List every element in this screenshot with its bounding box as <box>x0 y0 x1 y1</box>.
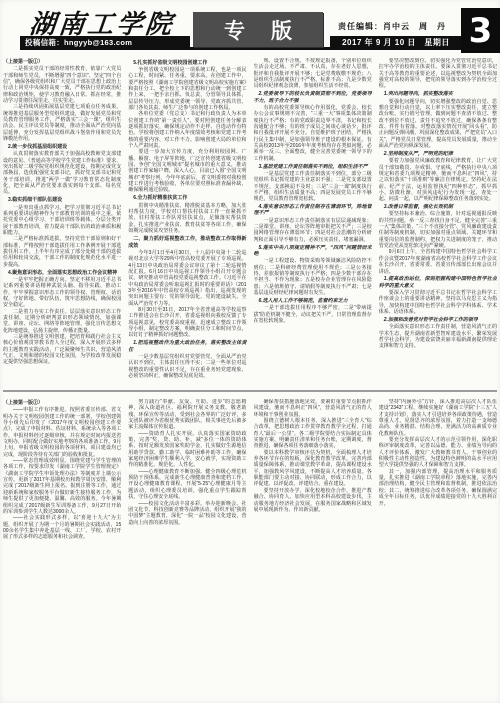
paragraph: 一是突出重点抓学习。把学习贯彻习近平总书记系列重要讲话精神作为干部教育培训的重中… <box>3 205 121 237</box>
section-heading: 二、聚力抓好巡视整改工作，推动整改工作取得新成效 <box>128 236 246 249</box>
paragraph: 要坚持标本兼治、综合施策，针对巡视通报反映的共性问题，举一反三查找自身不足，健全… <box>379 211 497 249</box>
paragraph: 要着力加强党风廉政教育和纪律教育，让广大党员干部知敬畏、存戒惧、守底线，严格执行… <box>379 158 497 202</box>
finding-heading: 2.坚持制度从严，严明党的纪律 <box>379 151 497 157</box>
paragraph: 一是意识形态工作责任制落实有层层递减现象；二是课堂、讲座、论坛等阵地审批把关不严… <box>254 218 372 243</box>
bottom-column-3: 确保帮扶措施落地见效。要紧盯重要节点狠抓作风建设，驰而不息纠正“四风”，营造风清… <box>254 399 372 699</box>
paragraph: ——心理健康教育不断加强。健全四级心理危机预防干预体系，完成新生心理健康普查和建… <box>128 469 246 501</box>
paragraph: 9月6日上午，全省构建中国特色哲学社会科学工作会议暨2017年度湖南省高校哲学社… <box>379 249 497 274</box>
paragraph: 努力践行“奉献、友爱、互助、进步”的志愿精神，深入街道社区、福利院开展义务支教、… <box>128 399 246 431</box>
paragraph: 三是统筹推进文明创建。把培育和践行社会主义核心价值观贯穿教书育人全过程，深入开展… <box>3 334 121 366</box>
paragraph: 一是牢牢把握正确方向。坚定不移用习近平总书记系列重要讲话精神武装头脑、指导实践、… <box>3 277 121 309</box>
paragraph: 一是基层党建工作责任制落实不到位，部分二级党组织书记抓党建的主业意识不强；二是党… <box>254 171 372 203</box>
paragraph: 二是抓实党员干部的经常性教育，依靠广大党员干部和师生党员，不断增强“四个意识”、… <box>3 66 121 104</box>
section-divider-rule <box>3 390 497 392</box>
paragraph: 要充分发挥高层次人才的示范引领作用，深化职称评审制度改革，完善以品德、能力、业绩… <box>379 437 497 469</box>
paragraph: ——资助育人扎实开展。认真落实国家资助政策，完善“奖、贷、助、补、减”多位一体的… <box>128 431 246 469</box>
edition-label: 专版 <box>193 12 323 47</box>
paragraph: 要坚决整改到位，切实强化为党管党治党意识，扛牢办学治校的主体责任。要深入贯彻习近… <box>379 58 497 90</box>
date-bar: 2017 年 9 月 10 日 星期日 <box>330 36 462 50</box>
paragraph: 争创省级文明校园是一项系统工程，也是一项民心工程，时间紧、任务重、要求高。在创建… <box>128 67 246 111</box>
paragraph: 一是干部选拔任用程序不够严密，二是“带病提拔”防范机制不健全，动议把关不严，日常… <box>254 305 372 324</box>
finding-heading: 1.突出问题导向，抓实整改落实 <box>379 91 497 97</box>
paragraph: 规、设置不合规、不按规定报备，个别单位组织生活会走过场、不严肃、不认真，存在老好… <box>254 58 372 90</box>
paragraph: 认真贯彻落实教育部关于加强高校教师党支部建设的意见、《普通高等学校学生党建工作标… <box>3 151 121 195</box>
paragraph: 要进一步加大宣传力度，充分利用校园网、广播、橱窗、电子屏等阵地，广泛宣传创建省级… <box>128 149 246 193</box>
newspaper-page: 湖南工学院 投稿信箱：hngyyb@163.com 专版 责任编辑：肖中云 周 … <box>0 0 500 703</box>
paragraph: 三是持续巩固拓展基层党建七项重点任务成果，统筹推进基层服务型党组织建设，做好发展… <box>3 104 121 142</box>
bottom-column-4: 坚持“内涵外引”方针，深入推进高层次人才队伍建设“2343”工程，继续实施好《湖… <box>379 399 497 699</box>
paragraph: 要以本科教学审核评估为契机，全面梳理人才培养各环节存在的短板，深化教育教学改革，… <box>254 450 372 488</box>
sub-heading: 4.聚焦意识形态，全面落实思想政治工作会议精神 <box>3 270 121 276</box>
paragraph: 二是严格标准抓选拔。坚持党管干部原则和好干部标准，严格按照干部选拔任用工作条例开… <box>3 236 121 268</box>
article-section-top: （上接第一版①）二是抓实党员干部的经常性教育，依靠广大党员干部和师生党员，不断增… <box>3 58 497 388</box>
paragraph: ——申报工作有序推进。按照省委宣传部、省文明办关于文明校园创建工作的统一部署，学… <box>3 407 121 458</box>
finding-heading: 1.把巡视整改作为重大政治任务，落实整改主体责任 <box>128 340 246 353</box>
paragraph: 全面落实意识形态工作责任制，营造风清气正的学术生态，提升湖南省新型智库建设水平，… <box>379 324 497 349</box>
article-section-bottom: （上接第一版②）——申报工作有序推进。按照省委宣传部、省文明办关于文明校园创建工… <box>3 399 497 699</box>
paragraph: 有的高校党委领导核心作用弱化，党委会、校长办公会议事规则不完善，“三重一大”事项… <box>254 105 372 162</box>
paragraph: 今年3月1日至4月30日，十八届中央第十二轮巡视对北京大学等29所中管高校党委开… <box>128 250 246 307</box>
top-column-4: 要坚决整改到位，切实强化为党管党治党意识，扛牢办学治校的主体责任。要深入贯彻习近… <box>379 58 497 388</box>
paragraph: 要强化问题导向，切实增强整改的政治自觉、思想自觉和行动自觉，以上率下压实整改责任… <box>379 99 497 150</box>
page-number-badge: 3 <box>461 8 500 53</box>
continuation-marker: （上接第一版②） <box>3 400 121 406</box>
paragraph: 贯彻中央精准扶贫、精准脱贫基本方略，加大驻村帮扶力度，学校对口帮扶村扶贫工作一直… <box>128 203 246 235</box>
paragraph: 确保帮扶措施落地见效。要紧盯重要节点狠抓作风建设，驰而不息纠正“四风”，营造风清… <box>254 399 372 418</box>
finding-heading: 4.落实意识形态工作责任制存在薄弱环节，阵地管理不严 <box>254 204 372 217</box>
paragraph: 各单位党委（党总支）书记和行政负责人为本单位创建工作的“第一责任人”，要对照创建… <box>128 111 246 149</box>
paragraph: 要深入学习贯彻习近平总书记在哲学社会科学工作座谈会上的重要讲话精神，坚持以马克思… <box>379 290 497 315</box>
finding-heading: 5.落实中央八项规定精神不严，“四风”问题禁而未绝 <box>254 245 372 258</box>
finding-heading: 2.加强和改善党对哲学社会科学工作的领导 <box>379 317 497 323</box>
top-column-3: 规、设置不合规、不按规定报备，个别单位组织生活会走过场、不严肃、不认真，存在老好… <box>254 58 372 388</box>
paragraph: 坚持“内涵外引”方针，深入推进高层次人才队伍建设“2343”工程，继续实施好《湖… <box>379 399 497 437</box>
finding-heading: 3.改善日常监督，强化长效机制 <box>379 204 497 210</box>
sub-heading: 3.稳实抓细干部队伍建设 <box>3 197 121 203</box>
paragraph: ——校园文化活动丰富多彩。举办迎新晚会、社团文化节、科技创新竞赛等品牌活动，组织… <box>128 501 246 526</box>
sub-heading: 5.扎实抓好省级文明校园创建工作 <box>128 60 246 66</box>
bottom-column-2: 努力践行“奉献、友爱、互助、进步”的志愿精神，深入街道社区、福利院开展义务支教、… <box>128 399 246 699</box>
finding-heading: 3.基层党建工作责任制落实不到位，组织生活不严 <box>254 164 372 170</box>
paragraph: 围绕立德树人根本任务，深入推进“三全育人”综合改革，把思想政治工作贯穿教育教学全… <box>254 418 372 450</box>
editors-line: 责任编辑：肖中云 周 丹 <box>338 21 458 33</box>
paragraph: 一是少数基层党组织对党要管党、全面从严治党认识不到位，主体责任压得不实；二是一些… <box>128 354 246 379</box>
paragraph: ——常态管理成效明显。围绕党建与学生管理的各项工作，按要求印发《湖南工学院学生管… <box>3 458 121 515</box>
finding-heading: 2.党委领导下的校长负责制贯彻不到位，党委领导不力，班子合力不强 <box>254 91 372 104</box>
top-column-2: 5.扎实抓好省级文明校园创建工作争创省级文明校园是一项系统工程，也是一项民心工程… <box>128 58 246 388</box>
continuation-marker: （上接第一版①） <box>3 59 121 65</box>
paragraph: 二是着力夯实工作责任。层层落实意识形态工作责任制，定期分析研判意识形态领域情况，… <box>3 309 121 334</box>
finding-heading: 1.提高政治站位，深刻把握构建中国特色哲学社会科学的重大意义 <box>379 276 497 289</box>
masthead-title: 湖南工学院 <box>28 4 191 36</box>
bottom-column-1: （上接第一版②）——申报工作有序推进。按照省委宣传部、省文明办关于文明校园创建工… <box>3 399 121 699</box>
finding-heading: 6.选人用人工作不够规范，监督约束乏力 <box>254 298 372 304</box>
sub-heading: 6.全力抓好精准扶贫工作 <box>128 195 246 201</box>
paragraph: 8月30日至31日，2017年全省普通高等学校巡察工作推进会在长沙召开，省委巡视… <box>128 307 246 339</box>
paragraph: 一是工程建设、物资采购等领域廉洁风险防控不到位；二是科研经费管理使用不规范；三是… <box>254 258 372 296</box>
paragraph: ——社会实践形式多样。以“喜迎十九大”为主题，组织开展了为期一个月的暑期社会实践… <box>3 515 121 540</box>
paragraph: 其一，加强内部管理，提高治理水平和服务质量，扎实推进《湖南工学院章程》落地实施，… <box>379 469 497 507</box>
top-column-1: （上接第一版①）二是抓实党员干部的经常性教育，依靠广大党员干部和师生党员，不断增… <box>3 58 121 388</box>
paragraph: 要坚持开放办学，深化校地校企合作，推进产教融合、协同育人，加快应用型本科高校建设… <box>254 488 372 513</box>
sub-heading: 2.统一步伐抓基层组织建设 <box>3 144 121 150</box>
